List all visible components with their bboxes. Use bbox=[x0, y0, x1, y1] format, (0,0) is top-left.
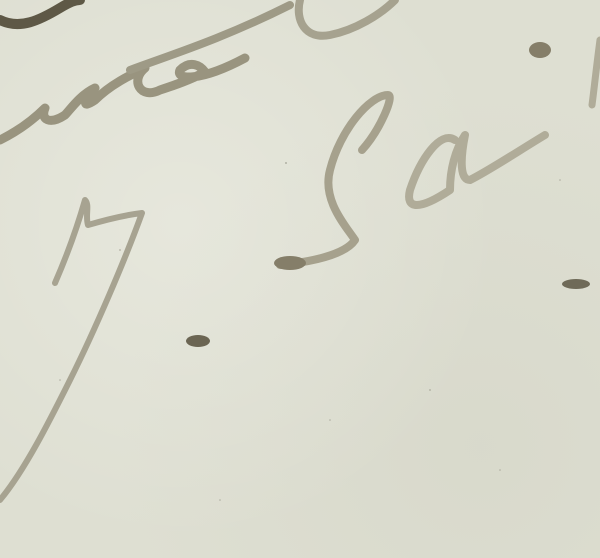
ink-blot-s-end bbox=[274, 256, 306, 270]
ink-letter-j bbox=[0, 200, 142, 500]
ink-letter-s bbox=[280, 95, 390, 265]
ink-dot-right bbox=[562, 279, 590, 289]
ink-dot-i bbox=[529, 42, 551, 58]
ink-flourish-top bbox=[0, 0, 80, 24]
ink-dot-period bbox=[186, 335, 210, 347]
ink-loop-top-right bbox=[299, 0, 395, 36]
ink-stroke-right-edge bbox=[592, 40, 600, 105]
ink-letter-a bbox=[409, 135, 545, 205]
ink-long-stroke bbox=[130, 5, 290, 70]
paper-background: Close-up photograph of handwritten ink s… bbox=[0, 0, 600, 558]
handwriting-strokes bbox=[0, 0, 600, 558]
ink-word-ute bbox=[0, 58, 245, 140]
